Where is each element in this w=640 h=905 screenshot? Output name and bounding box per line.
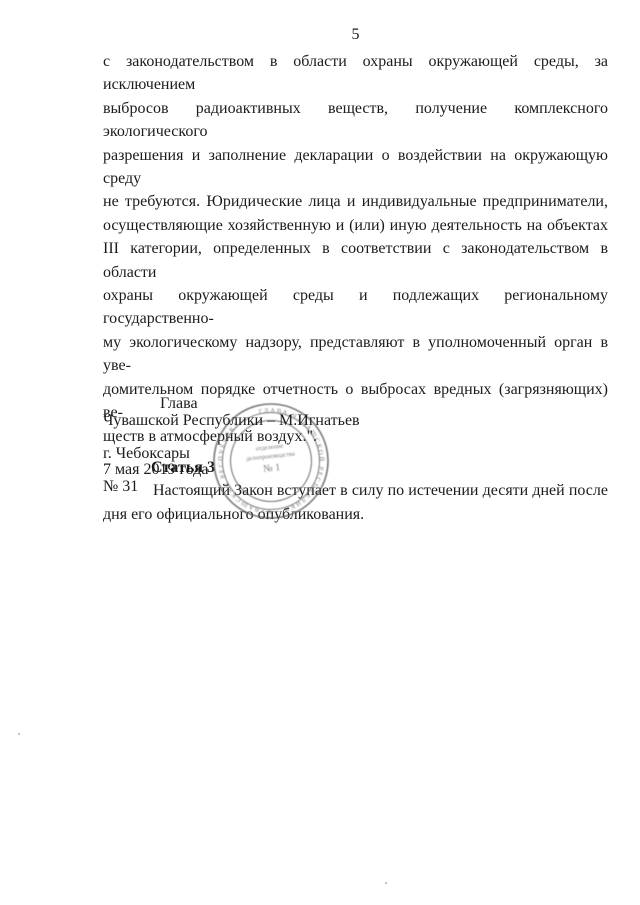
- signature-block: Глава Чувашской Республики – М.Игнатьев …: [103, 396, 503, 495]
- signature-gap: [103, 429, 503, 446]
- signature-date: 7 мая 2019 года: [103, 462, 503, 479]
- signatory-name: Чувашской Республики – М.Игнатьев: [103, 413, 503, 430]
- signatory-title: Глава: [103, 396, 503, 413]
- paragraph-line: III категории, определенных в соответств…: [103, 237, 608, 284]
- scan-speck: [385, 882, 387, 884]
- paragraph-line: выбросов радиоактивных веществ, получени…: [103, 97, 608, 144]
- article-3-line: дня его официального опубликования.: [103, 503, 608, 526]
- signature-place: г. Чебоксары: [103, 446, 503, 463]
- document-number: № 31: [103, 479, 503, 496]
- document-page: 5 с законодательством в области охраны о…: [0, 0, 640, 905]
- paragraph-line: с законодательством в области охраны окр…: [103, 50, 608, 97]
- paragraph-line: му экологическому надзору, представляют …: [103, 331, 608, 378]
- paragraph-line: не требуются. Юридические лица и индивид…: [103, 190, 608, 213]
- paragraph-line: разрешения и заполнение декларации о воз…: [103, 144, 608, 191]
- paragraph-line: осуществляющие хозяйственную и (или) ину…: [103, 214, 608, 237]
- page-number: 5: [103, 26, 608, 44]
- paragraph-line: охраны окружающей среды и подлежащих рег…: [103, 284, 608, 331]
- scan-speck: [18, 733, 20, 735]
